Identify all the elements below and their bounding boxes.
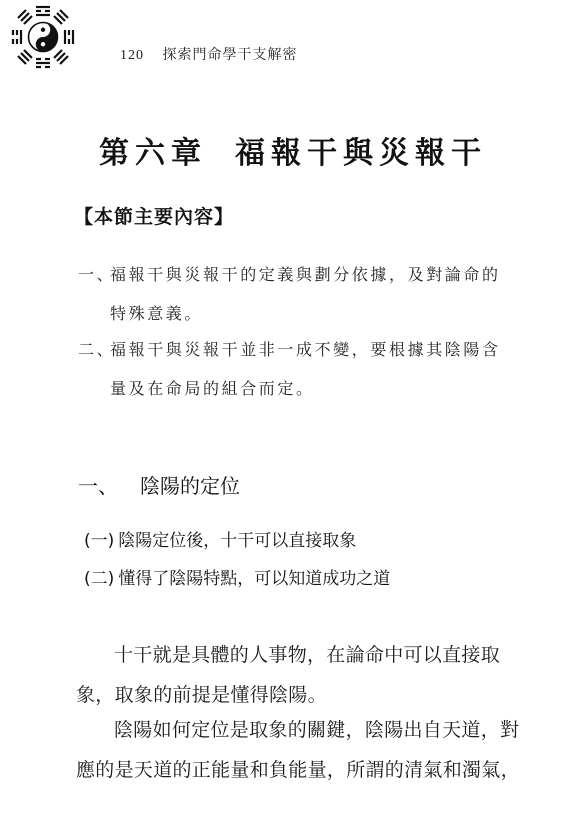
point-text-line: 特殊意義。 bbox=[78, 294, 501, 333]
section-number: 一、 bbox=[78, 474, 118, 498]
subsection-marker: (二) bbox=[84, 569, 114, 589]
body-paragraph: 十干就是具體的人事物，在論命中可以直接取象，取象的前提是懂得陰陽。 bbox=[76, 635, 524, 715]
subsection-heading: (一)陰陽定位後，十干可以直接取象 bbox=[84, 526, 356, 551]
subsection-text: 懂得了陰陽特點，可以知道成功之道 bbox=[118, 569, 390, 589]
chapter-title: 第六章福報干與災報干 bbox=[0, 128, 586, 172]
subsection-heading: (二)懂得了陰陽特點，可以知道成功之道 bbox=[84, 564, 390, 589]
subsection-marker: (一) bbox=[84, 531, 114, 551]
bagua-yin-yang-icon bbox=[10, 4, 76, 70]
section-title: 陰陽的定位 bbox=[140, 474, 240, 498]
book-page: 120 探索門命學干支解密 第六章福報干與災報干 【本節主要內容】 一、福報干與… bbox=[0, 0, 586, 820]
point-marker: 二、 bbox=[78, 330, 110, 369]
point-marker: 一、 bbox=[78, 255, 110, 294]
summary-point: 一、福報干與災報干的定義與劃分依據，及對論命的 特殊意義。 bbox=[78, 255, 501, 333]
book-title: 探索門命學干支解密 bbox=[163, 48, 298, 63]
section-heading: 一、陰陽的定位 bbox=[78, 470, 240, 499]
point-text-line: 福報干與災報干並非一成不變，要根據其陰陽含 bbox=[110, 340, 501, 359]
point-text-line: 福報干與災報干的定義與劃分依據，及對論命的 bbox=[110, 265, 501, 284]
page-number: 120 bbox=[120, 48, 144, 63]
subsection-text: 陰陽定位後，十干可以直接取象 bbox=[118, 531, 356, 551]
summary-point: 二、福報干與災報干並非一成不變，要根據其陰陽含 量及在命局的組合而定。 bbox=[78, 330, 501, 408]
summary-heading: 【本節主要內容】 bbox=[74, 202, 234, 229]
body-paragraph: 陰陽如何定位是取象的關鍵，陰陽出自天道，對應的是天道的正能量和負能量，所謂的清氣… bbox=[76, 710, 524, 790]
point-text-line: 量及在命局的組合而定。 bbox=[78, 369, 501, 408]
chapter-name: 福報干與災報干 bbox=[235, 136, 487, 171]
chapter-number: 第六章 bbox=[99, 136, 207, 171]
running-header: 120 探索門命學干支解密 bbox=[120, 44, 298, 64]
